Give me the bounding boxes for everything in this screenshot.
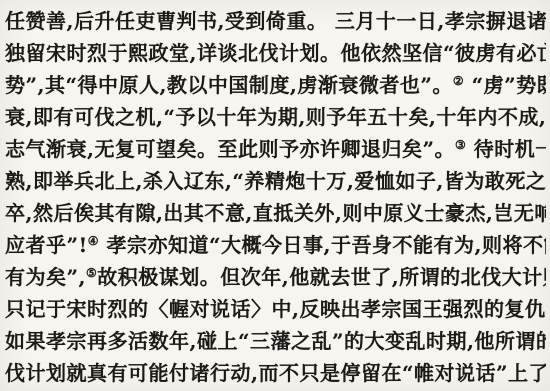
- text-run: 孝宗亦知道“大概今日事,于吾身不能有为,则将不能: [99, 233, 546, 257]
- text-run: 任赞善,后升任吏曹判书,受到倚重。 三月十一日,孝宗摒退诸臣,: [5, 9, 546, 33]
- footnote-marker: ⑤: [86, 266, 97, 280]
- text-line: 伐计划就真有可能付诸行动,而不只是停留在“帷对说话”上了。: [5, 357, 546, 389]
- text-line: 势”,其“得中原人,教以中国制度,虏渐衰微者也”。② “虏”势既: [5, 69, 546, 101]
- text-line: 衰,即有可伐之机,“予以十年为期,则予年五十矣,十年内不成,则: [5, 101, 546, 133]
- text-run: 有为矣”,: [5, 265, 86, 289]
- text-line: 应者乎”!④ 孝宗亦知道“大概今日事,于吾身不能有为,则将不能: [5, 229, 546, 261]
- scanned-page: 任赞善,后升任吏曹判书,受到倚重。 三月十一日,孝宗摒退诸臣,独留宋时烈于熙政堂…: [0, 0, 550, 391]
- text-run: 只记于宋时烈的〈幄对说话〉中,反映出孝宗国王强烈的复仇心态。: [5, 297, 546, 321]
- text-run: 志气渐衰,无复可望矣。至此则予亦许卿退归矣”。: [5, 137, 455, 161]
- text-run: 伐计划就真有可能付诸行动,而不只是停留在“帷对说话”上了。: [5, 361, 546, 385]
- text-run: “虏”势既: [464, 73, 546, 97]
- text-run: 卒,然后俟其有隙,出其不意,直抵关外,则中原义士豪杰,岂无响: [5, 201, 546, 225]
- text-run: 势”,其“得中原人,教以中国制度,虏渐衰微者也”。: [5, 73, 453, 97]
- text-line: 有为矣”,⑤故积极谋划。但次年,他就去世了,所谓的北伐大计则: [5, 261, 546, 293]
- text-line: 只记于宋时烈的〈幄对说话〉中,反映出孝宗国王强烈的复仇心态。: [5, 293, 546, 325]
- text-block: 任赞善,后升任吏曹判书,受到倚重。 三月十一日,孝宗摒退诸臣,独留宋时烈于熙政堂…: [5, 5, 546, 387]
- footnote-marker: ③: [455, 138, 466, 152]
- text-line: 任赞善,后升任吏曹判书,受到倚重。 三月十一日,孝宗摒退诸臣,: [5, 5, 546, 37]
- text-run: 如果孝宗再多活数年,碰上“三藩之乱”的大变乱时期,他所谓的北: [5, 329, 546, 353]
- text-line: 熟,即举兵北上,杀入辽东,“养精炮十万,爱恤如子,皆为敢死之: [5, 165, 546, 197]
- text-run: 故积极谋划。但次年,他就去世了,所谓的北伐大计则: [97, 265, 546, 289]
- text-run: 应者乎”!: [5, 233, 88, 257]
- text-run: 待时机一成: [466, 137, 546, 161]
- text-line: 志气渐衰,无复可望矣。至此则予亦许卿退归矣”。③ 待时机一成: [5, 133, 546, 165]
- text-line: 卒,然后俟其有隙,出其不意,直抵关外,则中原义士豪杰,岂无响: [5, 197, 546, 229]
- footnote-marker: ④: [88, 234, 99, 248]
- text-line: 独留宋时烈于熙政堂,详谈北伐计划。他依然坚信“彼虏有必亡之: [5, 37, 546, 69]
- text-line: 如果孝宗再多活数年,碰上“三藩之乱”的大变乱时期,他所谓的北: [5, 325, 546, 357]
- text-run: 独留宋时烈于熙政堂,详谈北伐计划。他依然坚信“彼虏有必亡之: [5, 41, 546, 65]
- text-run: 熟,即举兵北上,杀入辽东,“养精炮十万,爱恤如子,皆为敢死之: [5, 169, 546, 193]
- footnote-marker: ②: [453, 74, 464, 88]
- text-run: 衰,即有可伐之机,“予以十年为期,则予年五十矣,十年内不成,则: [5, 105, 546, 129]
